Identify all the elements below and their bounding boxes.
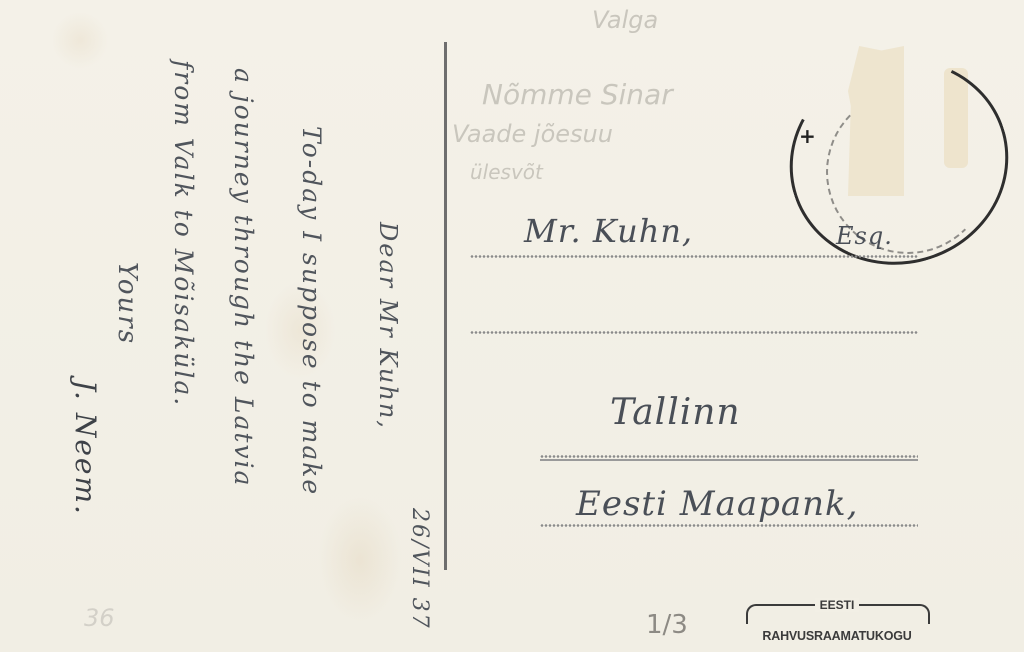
card-divider-line	[444, 42, 447, 570]
message-line-1: To-day I suppose to make	[297, 126, 326, 496]
address-institution: Eesti Maapank,	[576, 484, 858, 524]
address-recipient: Mr. Kuhn,	[524, 212, 693, 250]
pencil-note-line1: Nõmme Sinar	[482, 78, 673, 111]
corner-pencil-mark: 36	[84, 604, 115, 632]
message-line-2: a journey through the Latvia	[229, 68, 258, 487]
address-recipient-suffix: Esq.	[836, 222, 893, 250]
address-city: Tallinn	[610, 392, 741, 433]
message-closing: Yours	[112, 262, 142, 345]
address-line-4	[540, 524, 918, 527]
library-stamp: EESTI RAHVUSRAAMATUKOGU	[742, 596, 932, 652]
library-stamp-bottom: RAHVUSRAAMATUKOGU	[742, 629, 932, 643]
library-stamp-top: EESTI	[815, 598, 860, 612]
address-line-2	[470, 331, 918, 334]
address-line-3	[540, 455, 918, 458]
pencil-note-line3: ülesvõt	[470, 160, 543, 184]
postcard-back: Valga Nõmme Sinar Vaade jõesuu ülesvõt +…	[0, 0, 1024, 652]
catalog-number: 1/3	[646, 610, 688, 640]
address-line-1	[470, 255, 918, 258]
pencil-note-place: Valga	[592, 6, 658, 34]
pencil-note-line2: Vaade jõesuu	[452, 120, 613, 148]
postmark-cross-icon: +	[799, 124, 816, 148]
message-date: 26/VII 37	[407, 508, 432, 630]
message-signature: J. Neem.	[69, 380, 102, 516]
message-line-3: from Valk to Mõisaküla.	[169, 60, 198, 407]
message-greeting: Dear Mr Kuhn,	[374, 222, 402, 430]
